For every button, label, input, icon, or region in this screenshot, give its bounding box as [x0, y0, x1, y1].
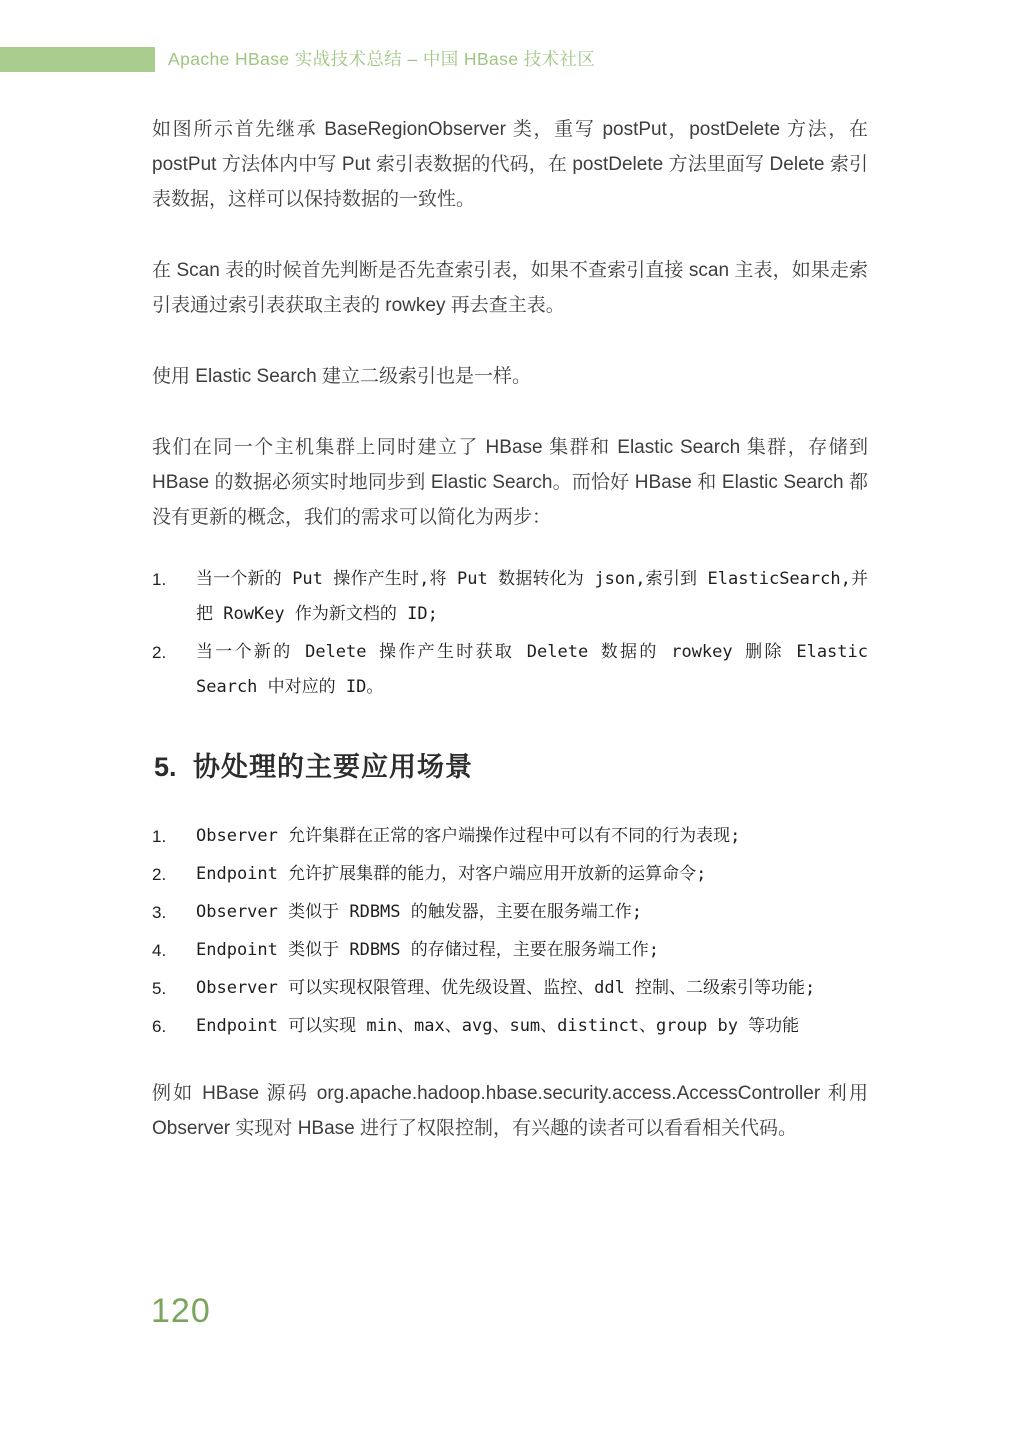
paragraph-coprocessor-put-delete: 如图所示首先继承 BaseRegionObserver 类，重写 postPut… — [152, 112, 868, 217]
list-item-number: 1. — [152, 819, 166, 854]
list-item-number: 2. — [152, 857, 166, 892]
paragraph-access-controller-example: 例如 HBase 源码 org.apache.hadoop.hbase.secu… — [152, 1076, 868, 1146]
page-content: 如图所示首先继承 BaseRegionObserver 类，重写 postPut… — [152, 112, 868, 1146]
list-item: 1. 当一个新的 Put 操作产生时,将 Put 数据转化为 json,索引到 … — [152, 562, 868, 632]
steps-list: 1. 当一个新的 Put 操作产生时,将 Put 数据转化为 json,索引到 … — [152, 562, 868, 705]
paragraph-cluster-sync: 我们在同一个主机集群上同时建立了 HBase 集群和 Elastic Searc… — [152, 430, 868, 535]
section-heading: 5. 协处理的主要应用场景 — [152, 747, 868, 787]
list-item: 2. 当一个新的 Delete 操作产生时获取 Delete 数据的 rowke… — [152, 635, 868, 705]
list-item: 3. Observer 类似于 RDBMS 的触发器，主要在服务端工作; — [152, 895, 868, 930]
list-item-number: 2. — [152, 635, 166, 670]
list-item-number: 4. — [152, 933, 166, 968]
list-item: 5. Observer 可以实现权限管理、优先级设置、监控、ddl 控制、二级索… — [152, 971, 868, 1006]
list-item-number: 1. — [152, 562, 166, 597]
page-number: 120 — [151, 1288, 211, 1334]
list-item-text: Endpoint 可以实现 min、max、avg、sum、distinct、g… — [196, 1016, 799, 1036]
list-item: 1. Observer 允许集群在正常的客户端操作过程中可以有不同的行为表现; — [152, 819, 868, 854]
list-item-text: Endpoint 类似于 RDBMS 的存储过程，主要在服务端工作; — [196, 940, 659, 960]
list-item: 6. Endpoint 可以实现 min、max、avg、sum、distinc… — [152, 1009, 868, 1044]
list-item-text: 当一个新的 Put 操作产生时,将 Put 数据转化为 json,索引到 Ela… — [196, 569, 868, 624]
list-item-text: 当一个新的 Delete 操作产生时获取 Delete 数据的 rowkey 删… — [196, 642, 868, 697]
list-item: 4. Endpoint 类似于 RDBMS 的存储过程，主要在服务端工作; — [152, 933, 868, 968]
document-page: Apache HBase 实战技术总结 – 中国 HBase 技术社区 如图所示… — [0, 0, 1019, 1440]
paragraph-elastic-search-secondary-index: 使用 Elastic Search 建立二级索引也是一样。 — [152, 359, 868, 394]
list-item-text: Observer 可以实现权限管理、优先级设置、监控、ddl 控制、二级索引等功… — [196, 978, 815, 998]
list-item-number: 3. — [152, 895, 166, 930]
section-heading-text: 协处理的主要应用场景 — [193, 752, 473, 782]
section-heading-number: 5. — [154, 747, 177, 787]
usages-list: 1. Observer 允许集群在正常的客户端操作过程中可以有不同的行为表现; … — [152, 819, 868, 1044]
list-item-text: Observer 类似于 RDBMS 的触发器，主要在服务端工作; — [196, 902, 642, 922]
paragraph-scan-index: 在 Scan 表的时候首先判断是否先查索引表，如果不查索引直接 scan 主表，… — [152, 253, 868, 323]
header-accent-bar — [0, 47, 155, 72]
list-item-number: 5. — [152, 971, 166, 1006]
running-header-title: Apache HBase 实战技术总结 – 中国 HBase 技术社区 — [168, 47, 595, 72]
list-item: 2. Endpoint 允许扩展集群的能力，对客户端应用开放新的运算命令; — [152, 857, 868, 892]
list-item-number: 6. — [152, 1009, 166, 1044]
list-item-text: Endpoint 允许扩展集群的能力，对客户端应用开放新的运算命令; — [196, 864, 706, 884]
list-item-text: Observer 允许集群在正常的客户端操作过程中可以有不同的行为表现; — [196, 826, 740, 846]
